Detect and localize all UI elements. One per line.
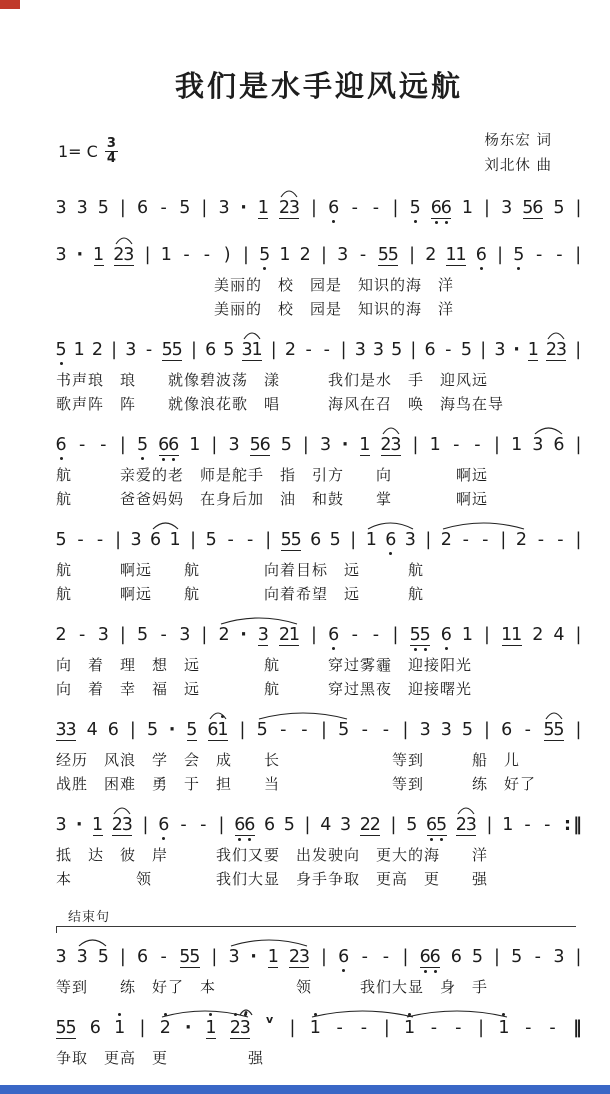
note-token: 5 — [98, 940, 108, 973]
music-line-c: 512|3-55|6531|2--|335|6-5|3·123|书声琅 琅 就像… — [56, 333, 582, 415]
note-token: 2 — [441, 523, 451, 556]
note-token: 1 — [280, 238, 290, 271]
note-token: 55 — [544, 713, 564, 747]
note-token: 6 — [206, 333, 216, 366]
barline: | — [412, 428, 419, 461]
lyrics-row: 战胜 困难 勇 于 担 当 等到 练 好了 — [56, 774, 582, 795]
meter-denominator: 4 — [107, 152, 116, 166]
lyrics-row: 歌声阵 阵 就像浪花歌 唱 海风在召 唤 海鸟在导 — [56, 394, 582, 415]
note-token: 6 — [329, 191, 339, 224]
note-token: · — [169, 713, 176, 746]
note-token: 55 — [378, 238, 398, 272]
note-token: - — [95, 523, 105, 556]
note-token: 6 — [329, 618, 339, 651]
note-token: - — [77, 618, 87, 651]
notation-row: 3·123|6--|6665|4322|56523|1--:‖ — [56, 808, 582, 842]
note-token: 3 — [258, 618, 268, 652]
note-token: ) — [222, 238, 232, 271]
note-token: 3 — [180, 618, 190, 651]
lyrics-row: 向 着 理 想 远 航 穿过雾霾 迎接阳光 — [56, 655, 582, 676]
note-token: · — [76, 238, 83, 271]
barline: | — [119, 428, 126, 461]
barline: | — [575, 940, 582, 973]
note-token: 5 — [284, 808, 294, 841]
note-token: - — [360, 713, 370, 746]
barline: | — [402, 940, 409, 973]
lyrics-row: 争取 更高 更 强 — [56, 1048, 582, 1069]
barline: | — [265, 523, 272, 556]
note-token: 5 — [461, 333, 471, 366]
notation-row: 335|6-5|3·123|6--|5661|3565| — [56, 191, 582, 225]
barline: | — [410, 333, 417, 366]
note-token: · — [250, 940, 257, 973]
key-signature: 1= C 3 4 — [56, 137, 118, 165]
note-token: 1 — [462, 191, 472, 224]
note-token: - — [245, 523, 255, 556]
note-token: 55 — [180, 940, 200, 974]
barline: | — [575, 523, 582, 556]
barline: | — [302, 428, 309, 461]
note-token: - — [77, 428, 87, 461]
note-token: - — [371, 618, 381, 651]
note-token: 1 — [190, 428, 200, 461]
note-token: 55 — [56, 1011, 76, 1045]
note-token: - — [304, 333, 314, 366]
lyrics-row: 美丽的 校 园是 知识的海 洋 — [56, 275, 582, 296]
barline: | — [392, 191, 399, 224]
note-token: - — [335, 1011, 345, 1044]
note-token: 5 — [554, 191, 564, 224]
barline: | — [119, 191, 126, 224]
note-token: 5 — [462, 713, 472, 746]
barline: | — [311, 191, 318, 224]
note-token: 5 — [514, 238, 524, 271]
note-token: - — [451, 428, 461, 461]
note-token: 3 — [373, 333, 383, 366]
note-token: - — [350, 191, 360, 224]
note-token: 11 — [446, 238, 466, 272]
note-token: 55 — [410, 618, 430, 652]
note-token: 1 — [310, 1011, 320, 1044]
note-token: - — [198, 808, 208, 841]
barline: | — [311, 618, 318, 651]
note-token: 6 — [425, 333, 435, 366]
barline: | — [211, 940, 218, 973]
note-token: 6 — [311, 523, 321, 556]
note-token: 23 — [546, 333, 566, 367]
note-token: 3 — [77, 940, 87, 973]
note-token: 6 — [138, 191, 148, 224]
score: 335|6-5|3·123|6--|5661|3565|3·123|1--)|5… — [56, 191, 582, 1069]
note-token: 2 — [285, 333, 295, 366]
note-token: 55 — [281, 523, 301, 557]
note-token: - — [159, 940, 169, 973]
note-token: 2 — [516, 523, 526, 556]
note-token: 1 — [512, 428, 522, 461]
note-token: 23 — [279, 191, 299, 225]
note-token: 3 — [219, 191, 229, 224]
lyrics-row: 航 爸爸妈妈 在身后加 油 和鼓 掌 啊远 — [56, 489, 582, 510]
note-token: 5 — [98, 191, 108, 224]
time-signature: 3 4 — [105, 137, 118, 165]
barline: | — [320, 238, 327, 271]
note-token: 3 — [495, 333, 505, 366]
note-token: 22 — [360, 808, 380, 842]
note-token: 5 — [410, 191, 420, 224]
note-token: - — [381, 940, 391, 973]
note-token: 6 — [502, 713, 512, 746]
barline: | — [390, 808, 397, 841]
note-token: 2 — [426, 238, 436, 271]
note-token: 23 — [230, 1011, 250, 1045]
note-token: - — [429, 1011, 439, 1044]
note-token: 5 — [472, 940, 482, 973]
note-token: - — [159, 618, 169, 651]
barline: | — [350, 523, 357, 556]
note-token: 1 — [366, 523, 376, 556]
note-token: - — [536, 523, 546, 556]
note-token: 3 — [131, 523, 141, 556]
note-token: 65 — [427, 808, 447, 842]
barline: | — [190, 333, 197, 366]
barline: | — [486, 808, 493, 841]
meter-numerator: 3 — [105, 137, 118, 152]
composer-credit: 刘北休 曲 — [484, 154, 552, 179]
note-token: 5 — [339, 713, 349, 746]
ending-section-label: 结束句 — [68, 906, 110, 925]
note-token: 5 — [392, 333, 402, 366]
note-token: 1 — [170, 523, 180, 556]
note-token: 2 — [92, 333, 102, 366]
notation-row: 2-3|5-3|2·321|6--|5561|1124| — [56, 618, 582, 652]
barline: | — [425, 523, 432, 556]
music-line-h: 3·123|6--|6665|4322|56523|1--:‖抵 达 彼 岸 我… — [56, 808, 582, 890]
lyrics-row: 美丽的 校 园是 知识的海 洋 — [56, 299, 582, 320]
note-token: 23 — [381, 428, 401, 462]
note-token: 6 — [108, 713, 118, 746]
note-token: - — [523, 1011, 533, 1044]
note-token: 3 — [56, 238, 66, 271]
note-token: - — [523, 713, 533, 746]
barline: | — [575, 238, 582, 271]
note-token: 23 — [289, 940, 309, 974]
note-token: 6 — [159, 808, 169, 841]
note-token: 1 — [93, 808, 103, 842]
note-token: 3 — [321, 428, 331, 461]
credits: 杨东宏 词 刘北休 曲 — [484, 129, 582, 178]
notation-row: 5561|2·123v|1--|1--|1--‖ — [56, 1011, 582, 1045]
barline: | — [321, 940, 328, 973]
note-token: 6 — [90, 1011, 100, 1044]
note-token: 6 — [138, 940, 148, 973]
note-token: 5 — [138, 618, 148, 651]
barline: | — [304, 808, 311, 841]
key-prefix: 1= C — [58, 142, 98, 161]
lyrics-row: 书声琅 琅 就像碧波荡 漾 我们是水 手 迎风远 — [56, 370, 582, 391]
note-token: 5 — [56, 523, 66, 556]
note-token: 3 — [77, 191, 87, 224]
music-line-j: 5561|2·123v|1--|1--|1--‖争取 更高 更 强 — [56, 1011, 582, 1069]
note-token: 31 — [242, 333, 262, 367]
note-token: 3 — [554, 940, 564, 973]
note-token: 1 — [499, 1011, 509, 1044]
note-token: 6 — [554, 428, 564, 461]
note-token: 1 — [268, 940, 278, 974]
note-token: 2 — [219, 618, 229, 651]
scan-corner-red-mark — [0, 0, 20, 9]
note-token: - — [226, 523, 236, 556]
note-token: 2 — [533, 618, 543, 651]
note-token: 5 — [180, 191, 190, 224]
barline: | — [190, 523, 197, 556]
breath-mark: v — [265, 1011, 275, 1044]
note-token: 5 — [187, 713, 197, 747]
note-token: 23 — [112, 808, 132, 842]
note-token: - — [350, 618, 360, 651]
music-line-d: 6--|5661|3565|3·123|1--|136|航 亲爱的老 师是舵手 … — [56, 428, 582, 510]
note-token: 5 — [56, 333, 66, 366]
note-token: 3 — [338, 238, 348, 271]
lyrics-row: 航 啊远 航 向着希望 远 航 — [56, 584, 582, 605]
barline: | — [129, 713, 136, 746]
note-token: 23 — [114, 238, 134, 272]
note-token: 1 — [74, 333, 84, 366]
barline: | — [119, 618, 126, 651]
lyrics-row: 向 着 幸 福 远 航 穿过黑夜 迎接曙光 — [56, 679, 582, 700]
note-token: 3 — [126, 333, 136, 366]
barline: | — [119, 940, 126, 973]
note-token: - — [453, 1011, 463, 1044]
barline: | — [139, 1011, 146, 1044]
barline: | — [480, 333, 487, 366]
note-token: - — [480, 523, 490, 556]
note-token: :‖ — [562, 808, 582, 841]
notation-row: 512|3-55|6531|2--|335|6-5|3·123| — [56, 333, 582, 367]
note-token: 5 — [138, 428, 148, 461]
notation-row: 3·123|1--)|512|3-55|2116|5--| — [56, 238, 582, 272]
note-token: - — [360, 940, 370, 973]
note-token: 6 — [265, 808, 275, 841]
note-token: 1 — [258, 191, 268, 225]
note-token: - — [182, 238, 192, 271]
barline: | — [242, 238, 249, 271]
music-line-a: 335|6-5|3·123|6--|5661|3565| — [56, 191, 582, 225]
note-token: - — [144, 333, 154, 366]
note-token: 6 — [451, 940, 461, 973]
lyrics-row: 航 啊远 航 向着目标 远 航 — [56, 560, 582, 581]
sheet-music-page: { "colors": { "corner_red": "#c03a2b", "… — [0, 0, 610, 1094]
barline: | — [575, 191, 582, 224]
barline: | — [402, 713, 409, 746]
note-token: - — [555, 523, 565, 556]
note-token: 3 — [420, 713, 430, 746]
note-token: 1 — [462, 618, 472, 651]
note-token: - — [358, 238, 368, 271]
note-token: · — [240, 618, 247, 651]
note-token: - — [322, 333, 332, 366]
note-token: 61 — [208, 713, 228, 747]
barline: | — [239, 713, 246, 746]
note-token: 4 — [87, 713, 97, 746]
lyricist-credit: 杨东宏 词 — [484, 129, 552, 154]
note-token: 3 — [405, 523, 415, 556]
barline: | — [211, 428, 218, 461]
note-token: 5 — [330, 523, 340, 556]
music-line-b: 3·123|1--)|512|3-55|2116|5--|美丽的 校 园是 知识… — [56, 238, 582, 320]
note-token: 5 — [260, 238, 270, 271]
note-token: ‖ — [572, 1011, 582, 1044]
barline: | — [494, 428, 501, 461]
notation-row: 335|6-55|3·123|6--|6665|5-3| — [56, 940, 582, 974]
note-token: · — [185, 1011, 192, 1044]
note-token: 2 — [300, 238, 310, 271]
barline: | — [111, 333, 118, 366]
note-token: 3 — [502, 191, 512, 224]
note-token: 2 — [56, 618, 66, 651]
note-token: - — [299, 713, 309, 746]
note-token: 1 — [94, 238, 104, 272]
note-token: 1 — [360, 428, 370, 462]
barline: | — [500, 523, 507, 556]
note-token: - — [179, 808, 189, 841]
note-token: - — [461, 523, 471, 556]
note-token: 1 — [115, 1011, 125, 1044]
note-token: 56 — [250, 428, 270, 462]
note-token: - — [359, 1011, 369, 1044]
note-token: 1 — [503, 808, 513, 841]
note-token: 1 — [161, 238, 171, 271]
lyrics-row: 经历 风浪 学 会 成 长 等到 船 儿 — [56, 750, 582, 771]
note-token: - — [98, 428, 108, 461]
notation-row: 5--|361|5--|5565|163|2--|2--| — [56, 523, 582, 557]
note-token: - — [381, 713, 391, 746]
note-token: 66 — [159, 428, 179, 462]
note-token: 5 — [512, 940, 522, 973]
note-token: 3 — [229, 428, 239, 461]
note-token: 5 — [206, 523, 216, 556]
barline: | — [201, 191, 208, 224]
barline: | — [289, 1011, 296, 1044]
note-token: 3 — [56, 808, 66, 841]
note-token: - — [554, 238, 564, 271]
note-token: 66 — [235, 808, 255, 842]
music-line-i: 335|6-55|3·123|6--|6665|5-3|等到 练 好了 本 领 … — [56, 940, 582, 998]
barline: | — [392, 618, 399, 651]
note-token: - — [443, 333, 453, 366]
note-token: · — [342, 428, 349, 461]
note-token: 55 — [162, 333, 182, 367]
lyrics-row: 抵 达 彼 岸 我们又要 出发驶向 更大的海 洋 — [56, 845, 582, 866]
note-token: 5 — [281, 428, 291, 461]
note-token: 5 — [407, 808, 417, 841]
barline: | — [144, 238, 151, 271]
barline: | — [115, 523, 122, 556]
lyrics-row: 等到 练 好了 本 领 我们大显 身 手 — [56, 977, 582, 998]
note-token: 1 — [206, 1011, 216, 1045]
barline: | — [321, 713, 328, 746]
note-token: 11 — [502, 618, 522, 652]
note-token: 3 — [341, 808, 351, 841]
barline: | — [484, 713, 491, 746]
note-token: 4 — [554, 618, 564, 651]
note-token: - — [548, 1011, 558, 1044]
note-token: 6 — [386, 523, 396, 556]
barline: | — [575, 428, 582, 461]
music-line-f: 2-3|5-3|2·321|6--|5561|1124|向 着 理 想 远 航 … — [56, 618, 582, 700]
song-title: 我们是水手迎风远航 — [56, 64, 582, 105]
note-token: · — [76, 808, 83, 841]
note-token: 23 — [456, 808, 476, 842]
note-token: - — [278, 713, 288, 746]
fermata-icon — [238, 1001, 254, 1020]
barline: | — [575, 618, 582, 651]
note-token: - — [202, 238, 212, 271]
barline: | — [494, 940, 501, 973]
note-token: 5 — [224, 333, 234, 366]
note-token: 3 — [56, 191, 66, 224]
note-token: 21 — [279, 618, 299, 652]
note-token: - — [472, 428, 482, 461]
note-token: 1 — [430, 428, 440, 461]
music-line-e: 5--|361|5--|5565|163|2--|2--|航 啊远 航 向着目标… — [56, 523, 582, 605]
barline: | — [575, 333, 582, 366]
note-token: 3 — [229, 940, 239, 973]
scan-bottom-blue-bar — [0, 1085, 610, 1094]
note-token: 4 — [321, 808, 331, 841]
barline: | — [218, 808, 225, 841]
meta-row: 1= C 3 4 杨东宏 词 刘北休 曲 — [56, 129, 582, 178]
note-token: - — [159, 191, 169, 224]
note-token: 3 — [533, 428, 543, 461]
note-token: 1 — [528, 333, 538, 367]
note-token: - — [76, 523, 86, 556]
note-token: 6 — [151, 523, 161, 556]
note-token: 66 — [420, 940, 440, 974]
note-token: - — [523, 808, 533, 841]
note-token: 6 — [441, 618, 451, 651]
note-token: 5 — [148, 713, 158, 746]
note-token: 3 — [355, 333, 365, 366]
barline: | — [340, 333, 347, 366]
lyrics-row: 航 亲爱的老 师是舵手 指 引方 向 啊远 — [56, 465, 582, 486]
barline: | — [270, 333, 277, 366]
barline: | — [575, 713, 582, 746]
note-token: · — [513, 333, 520, 366]
note-token: 5 — [257, 713, 267, 746]
ending-section-bracket: 结束句 — [56, 910, 576, 927]
note-token: 66 — [431, 191, 451, 225]
note-token: 56 — [523, 191, 543, 225]
note-token: 3 — [98, 618, 108, 651]
note-token: 6 — [339, 940, 349, 973]
note-token: 2 — [160, 1011, 170, 1044]
note-token: 3 — [441, 713, 451, 746]
sheet-body: 我们是水手迎风远航 1= C 3 4 杨东宏 词 刘北休 曲 335|6-5|3… — [0, 0, 610, 1069]
barline: | — [383, 1011, 390, 1044]
note-token: 1 — [405, 1011, 415, 1044]
notation-row: 6--|5661|3565|3·123|1--|136| — [56, 428, 582, 462]
note-token: 6 — [56, 428, 66, 461]
note-token: 3 — [56, 940, 66, 973]
barline: | — [142, 808, 149, 841]
note-token: - — [542, 808, 552, 841]
barline: | — [484, 191, 491, 224]
barline: | — [478, 1011, 485, 1044]
note-token: · — [240, 191, 247, 224]
barline: | — [201, 618, 208, 651]
barline: | — [497, 238, 504, 271]
note-token: - — [534, 238, 544, 271]
